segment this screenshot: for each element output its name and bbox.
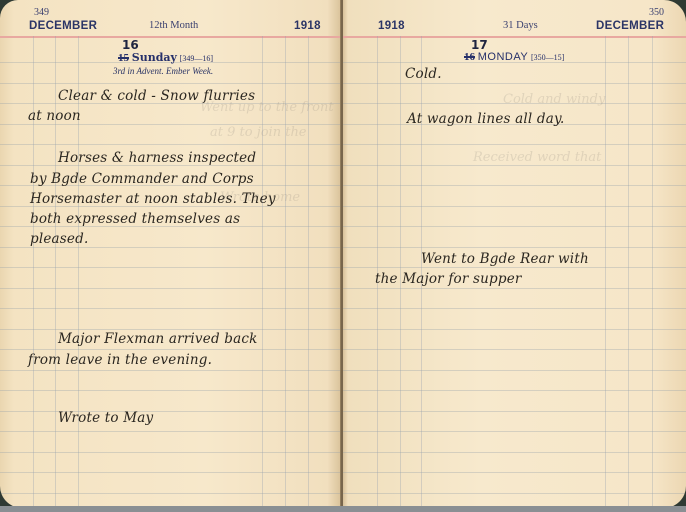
ruled-line <box>343 472 686 473</box>
ruled-line <box>0 493 341 494</box>
ruled-line <box>343 349 686 350</box>
entry-line: Wrote to May <box>58 410 153 426</box>
column-rule <box>78 36 79 508</box>
day-count: [350—15] <box>531 53 564 62</box>
entry-line: At wagon lines all day. <box>407 111 565 127</box>
day-count: [349—16] <box>180 54 213 63</box>
entry-line: from leave in the evening. <box>28 352 212 368</box>
year-heading: 1918 <box>378 20 405 32</box>
days-in-month: 31 Days <box>503 20 538 31</box>
ruled-line <box>0 83 341 84</box>
printed-date: 16 <box>464 51 475 63</box>
entry-line: Horsemaster at noon stables. They <box>30 191 276 207</box>
ruled-line <box>0 390 341 391</box>
column-rule <box>55 36 56 508</box>
ruled-line <box>0 349 341 350</box>
right-diary-page: 1918 31 Days 350 DECEMBER 17 16 MONDAY [… <box>343 0 686 508</box>
ruled-line <box>0 411 341 412</box>
year-heading: 1918 <box>294 20 321 32</box>
ruled-line <box>343 226 686 227</box>
page-number: 350 <box>649 7 664 18</box>
left-diary-page: 349 DECEMBER 12th Month 1918 16 15 Sunda… <box>0 0 341 508</box>
ruled-line <box>0 267 341 268</box>
ruled-line <box>0 329 341 330</box>
ruled-line <box>343 288 686 289</box>
printed-date: 15 <box>118 52 129 64</box>
ruled-line <box>343 452 686 453</box>
column-rule <box>33 36 34 508</box>
day-heading: 16 MONDAY [350—15] <box>464 51 564 63</box>
month-heading: DECEMBER <box>596 20 664 32</box>
entry-line: pleased. <box>30 231 88 247</box>
entry-line: at noon <box>28 108 81 124</box>
ruled-line <box>0 431 341 432</box>
entry-line: Major Flexman arrived back <box>58 331 258 347</box>
red-rule-line <box>0 36 341 38</box>
day-name: Sunday <box>132 51 177 64</box>
column-rule <box>652 36 653 508</box>
ruled-line <box>343 329 686 330</box>
ruled-line <box>343 431 686 432</box>
ruled-line <box>343 267 686 268</box>
ruled-line <box>0 472 341 473</box>
entry-line: Cold. <box>405 66 442 82</box>
ruled-line <box>343 370 686 371</box>
ruled-line <box>0 370 341 371</box>
entry-line: Clear & cold - Snow flurries <box>58 88 255 104</box>
day-heading: 15 Sunday [349—16] <box>118 51 213 64</box>
ruled-line <box>343 390 686 391</box>
book-cover-edge <box>0 506 686 512</box>
entry-line: both expressed themselves as <box>30 211 240 227</box>
ruled-line <box>343 144 686 145</box>
entry-line: by Bgde Commander and Corps <box>30 171 254 187</box>
ruled-line <box>0 288 341 289</box>
liturgical-note: 3rd in Advent. Ember Week. <box>113 66 213 76</box>
month-heading: DECEMBER <box>29 20 97 32</box>
page-number: 349 <box>34 7 49 18</box>
red-rule-line <box>343 36 686 38</box>
ruled-line <box>343 206 686 207</box>
entry-line: Horses & harness inspected <box>58 150 256 166</box>
column-rule <box>628 36 629 508</box>
month-ordinal: 12th Month <box>149 20 198 31</box>
corrected-date: 16 <box>122 38 139 52</box>
ruled-line <box>343 411 686 412</box>
ruled-line <box>0 452 341 453</box>
ruled-line <box>343 493 686 494</box>
entry-line: Went to Bgde Rear with <box>421 251 589 267</box>
ruled-line <box>343 83 686 84</box>
ruled-line <box>343 247 686 248</box>
ruled-line <box>0 308 341 309</box>
ruled-line <box>0 144 341 145</box>
ruled-line <box>343 308 686 309</box>
corrected-date: 17 <box>471 38 488 52</box>
ruled-line <box>343 185 686 186</box>
entry-line: the Major for supper <box>375 271 522 287</box>
day-name: MONDAY <box>478 51 528 63</box>
